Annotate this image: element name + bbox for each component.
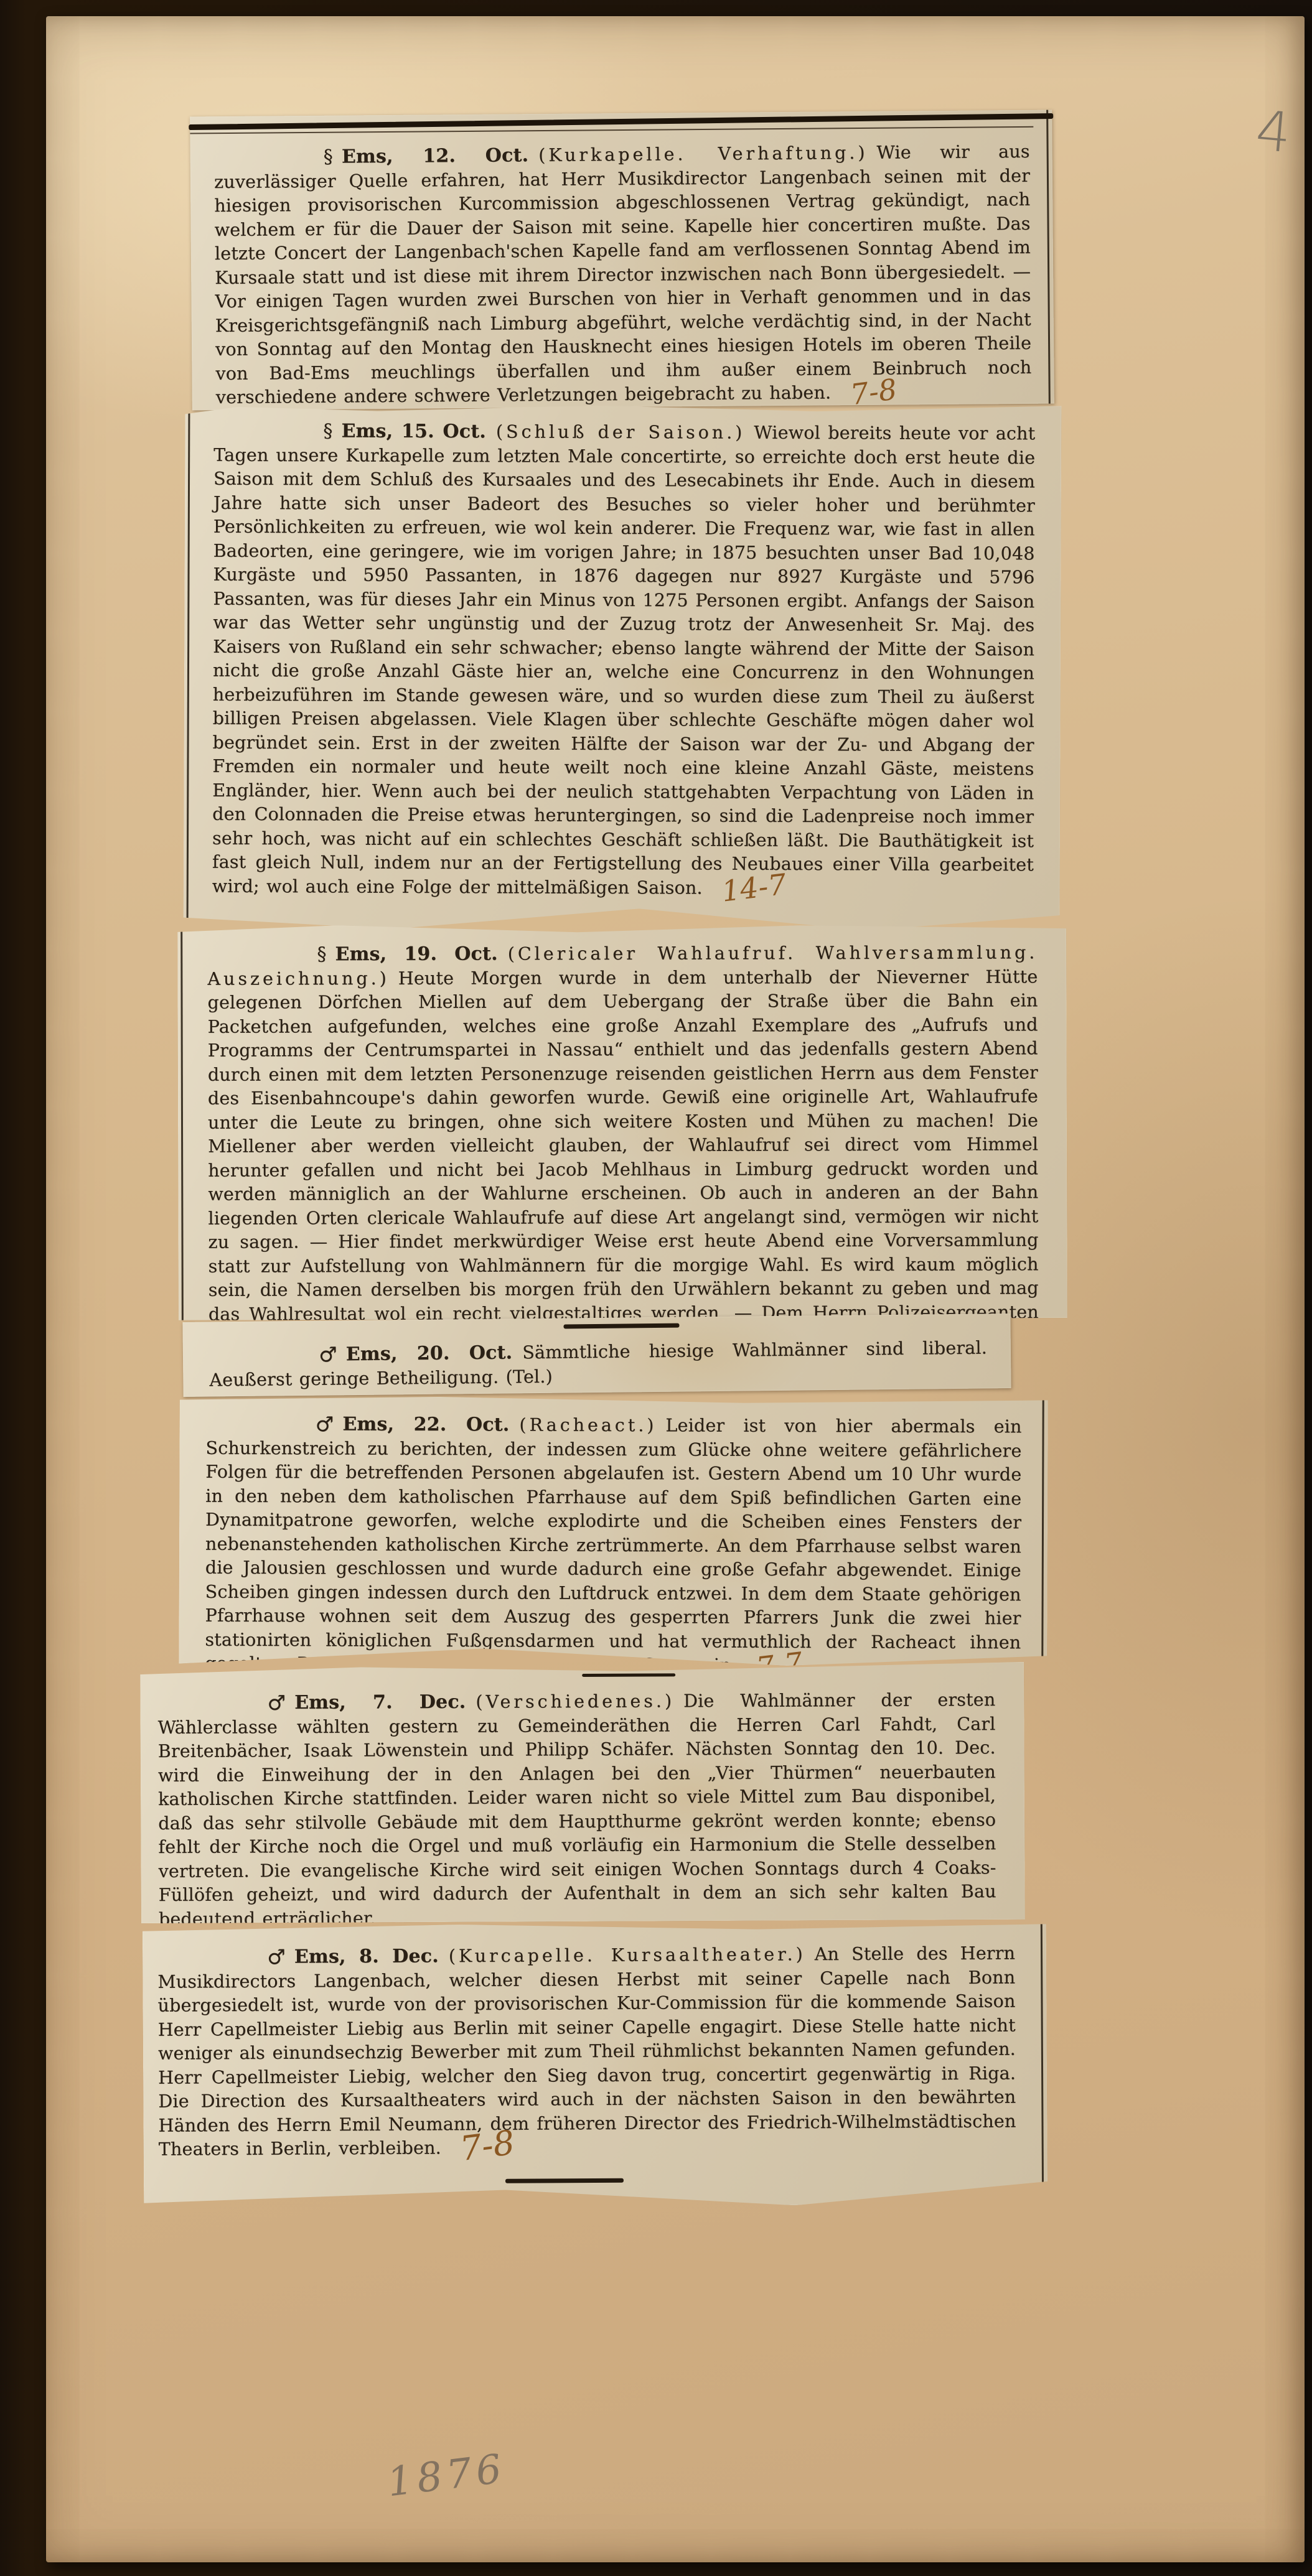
- pencil-year-annotation: 1876: [385, 2446, 508, 2506]
- handwritten-ink-mark: 7-7: [756, 1662, 802, 1668]
- mars-sigil: ♂: [264, 1343, 337, 1368]
- article-heading: (Kurkapelle. Verhaftung.): [538, 142, 868, 166]
- article-heading: (Kurcapelle. Kursaaltheater.): [449, 1944, 806, 1966]
- section-sigil: §: [268, 419, 332, 444]
- clipping-ems-7-dec: ♂Ems, 7. Dec.(Verschiedenes.)Die Wahlmän…: [140, 1662, 1025, 1923]
- article-body: An Stelle des Herrn Musikdirectors Lange…: [157, 1943, 1016, 2159]
- clipping-ems-19-oct: §Ems, 19. Oct.(Clericaler Wahlaufruf. Wa…: [177, 923, 1067, 1320]
- article-dateline: Ems, 8. Dec.: [294, 1945, 439, 1967]
- article-paragraph: §Ems, 12. Oct.(Kurkapelle. Verhaftung.)W…: [214, 140, 1032, 410]
- article-body: Heute Morgen wurde in dem unterhalb der …: [207, 966, 1038, 1348]
- printed-column-rule: [187, 403, 190, 928]
- clipping-ems-12-oct: §Ems, 12. Oct.(Kurkapelle. Verhaftung.)W…: [190, 110, 1054, 411]
- article-body: Wiewol bereits heute vor acht Tagen unse…: [212, 422, 1036, 898]
- article-paragraph: §Ems, 19. Oct.(Clericaler Wahlaufruf. Wa…: [207, 941, 1039, 1350]
- article-paragraph: ♂Ems, 8. Dec.(Kurcapelle. Kursaaltheater…: [157, 1940, 1016, 2162]
- handwritten-ink-mark: 7-8: [461, 2142, 515, 2149]
- article-paragraph: ♂Ems, 22. Oct.(Racheact.)Leider ist von …: [205, 1411, 1021, 1679]
- article-dateline: Ems, 7. Dec.: [294, 1691, 466, 1714]
- clipping-ems-15-oct: §Ems, 15. Oct.(Schluß der Saison.)Wiewol…: [184, 403, 1062, 931]
- article-paragraph: ♂Ems, 7. Dec.(Verschiedenes.)Die Wahlmän…: [157, 1687, 996, 1931]
- article-dateline: Ems, 22. Oct.: [342, 1413, 509, 1435]
- article-paragraph: ♂Ems, 20. Oct.Sämmtliche hiesige Wahlmän…: [209, 1335, 988, 1392]
- printed-column-rule: [1046, 110, 1051, 404]
- printed-article-divider: [563, 1323, 679, 1329]
- article-dateline: Ems, 15. Oct.: [341, 420, 486, 442]
- article-body: Wie wir aus zuverlässiger Quelle erfahre…: [214, 141, 1032, 408]
- section-sigil: §: [269, 146, 334, 170]
- printed-article-divider: [582, 1673, 675, 1677]
- printed-article-divider: [505, 2178, 624, 2183]
- mars-sigil: ♂: [212, 1691, 286, 1715]
- article-heading: (Schluß der Saison.): [496, 421, 745, 442]
- article-dateline: Ems, 12. Oct.: [342, 144, 529, 167]
- printed-column-rule: [1041, 1399, 1044, 1666]
- article-heading: (Racheact.): [519, 1414, 657, 1435]
- article-dateline: Ems, 20. Oct.: [346, 1342, 513, 1365]
- article-paragraph: §Ems, 15. Oct.(Schluß der Saison.)Wiewol…: [212, 419, 1036, 902]
- article-heading: (Verschiedenes.): [476, 1691, 675, 1712]
- article-body: Leider ist von hier abermals ein Schurke…: [205, 1415, 1021, 1675]
- scanned-scrapbook-page: 4 §Ems, 12. Oct.(Kurkapelle. Verhaftung.…: [0, 0, 1312, 2576]
- pencil-page-number: 4: [1253, 98, 1294, 165]
- clipping-ems-8-dec: ♂Ems, 8. Dec.(Kurcapelle. Kursaaltheater…: [143, 1921, 1047, 2209]
- section-sigil: §: [262, 943, 326, 967]
- article-body: Die Wahlmänner der ersten Wählerclasse w…: [157, 1689, 996, 1929]
- printed-column-rule: [180, 926, 184, 1320]
- handwritten-ink-mark: 14-7: [722, 884, 786, 891]
- clipping-ems-20-oct: ♂Ems, 20. Oct.Sämmtliche hiesige Wahlmän…: [182, 1314, 1011, 1397]
- handwritten-ink-mark: 7-8: [850, 389, 896, 395]
- printed-column-rule: [1041, 1921, 1044, 2204]
- article-dateline: Ems, 19. Oct.: [335, 943, 497, 966]
- clipping-ems-22-oct: ♂Ems, 22. Oct.(Racheact.)Leider ist von …: [179, 1396, 1047, 1667]
- mars-sigil: ♂: [261, 1412, 334, 1437]
- album-paper: 4 §Ems, 12. Oct.(Kurkapelle. Verhaftung.…: [46, 16, 1305, 2562]
- mars-sigil: ♂: [212, 1946, 286, 1970]
